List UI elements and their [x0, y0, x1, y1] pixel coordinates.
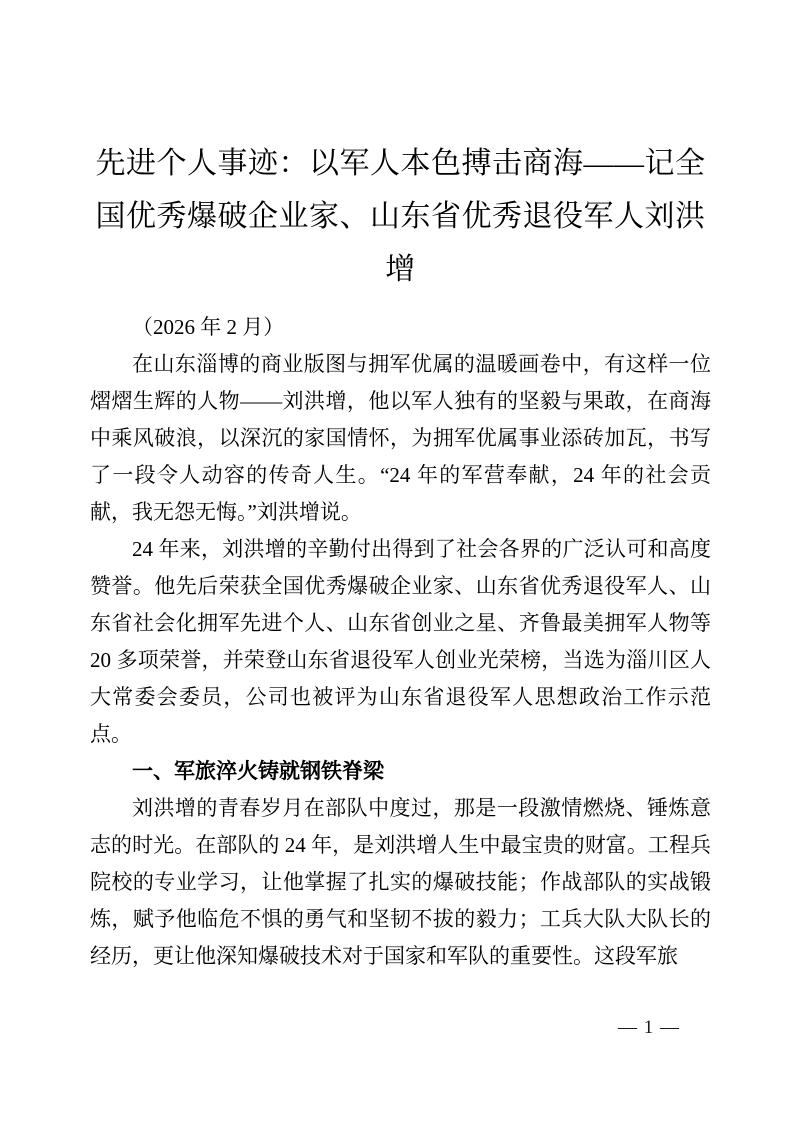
date-line: （2026 年 2 月） — [90, 309, 711, 346]
section-1-paragraph-1: 刘洪增的青春岁月在部队中度过，那是一段激情燃烧、锤炼意志的时光。在部队的 24 … — [90, 790, 711, 975]
intro-paragraph-1: 在山东淄博的商业版图与拥军优属的温暖画卷中，有这样一位熠熠生辉的人物——刘洪增，… — [90, 346, 711, 531]
document-title: 先进个人事迹：以军人本色搏击商海——记全国优秀爆破企业家、山东省优秀退役军人刘洪… — [90, 0, 711, 296]
document-content: 先进个人事迹：以军人本色搏击商海——记全国优秀爆破企业家、山东省优秀退役军人刘洪… — [90, 0, 711, 975]
page-number: — 1 — — [618, 1016, 680, 1040]
intro-paragraph-2: 24 年来，刘洪增的辛勤付出得到了社会各界的广泛认可和高度赞誉。他先后荣获全国优… — [90, 531, 711, 753]
document-page: 先进个人事迹：以军人本色搏击商海——记全国优秀爆破企业家、山东省优秀退役军人刘洪… — [0, 0, 793, 1122]
section-1-heading: 一、军旅淬火铸就钢铁脊梁 — [90, 753, 711, 790]
